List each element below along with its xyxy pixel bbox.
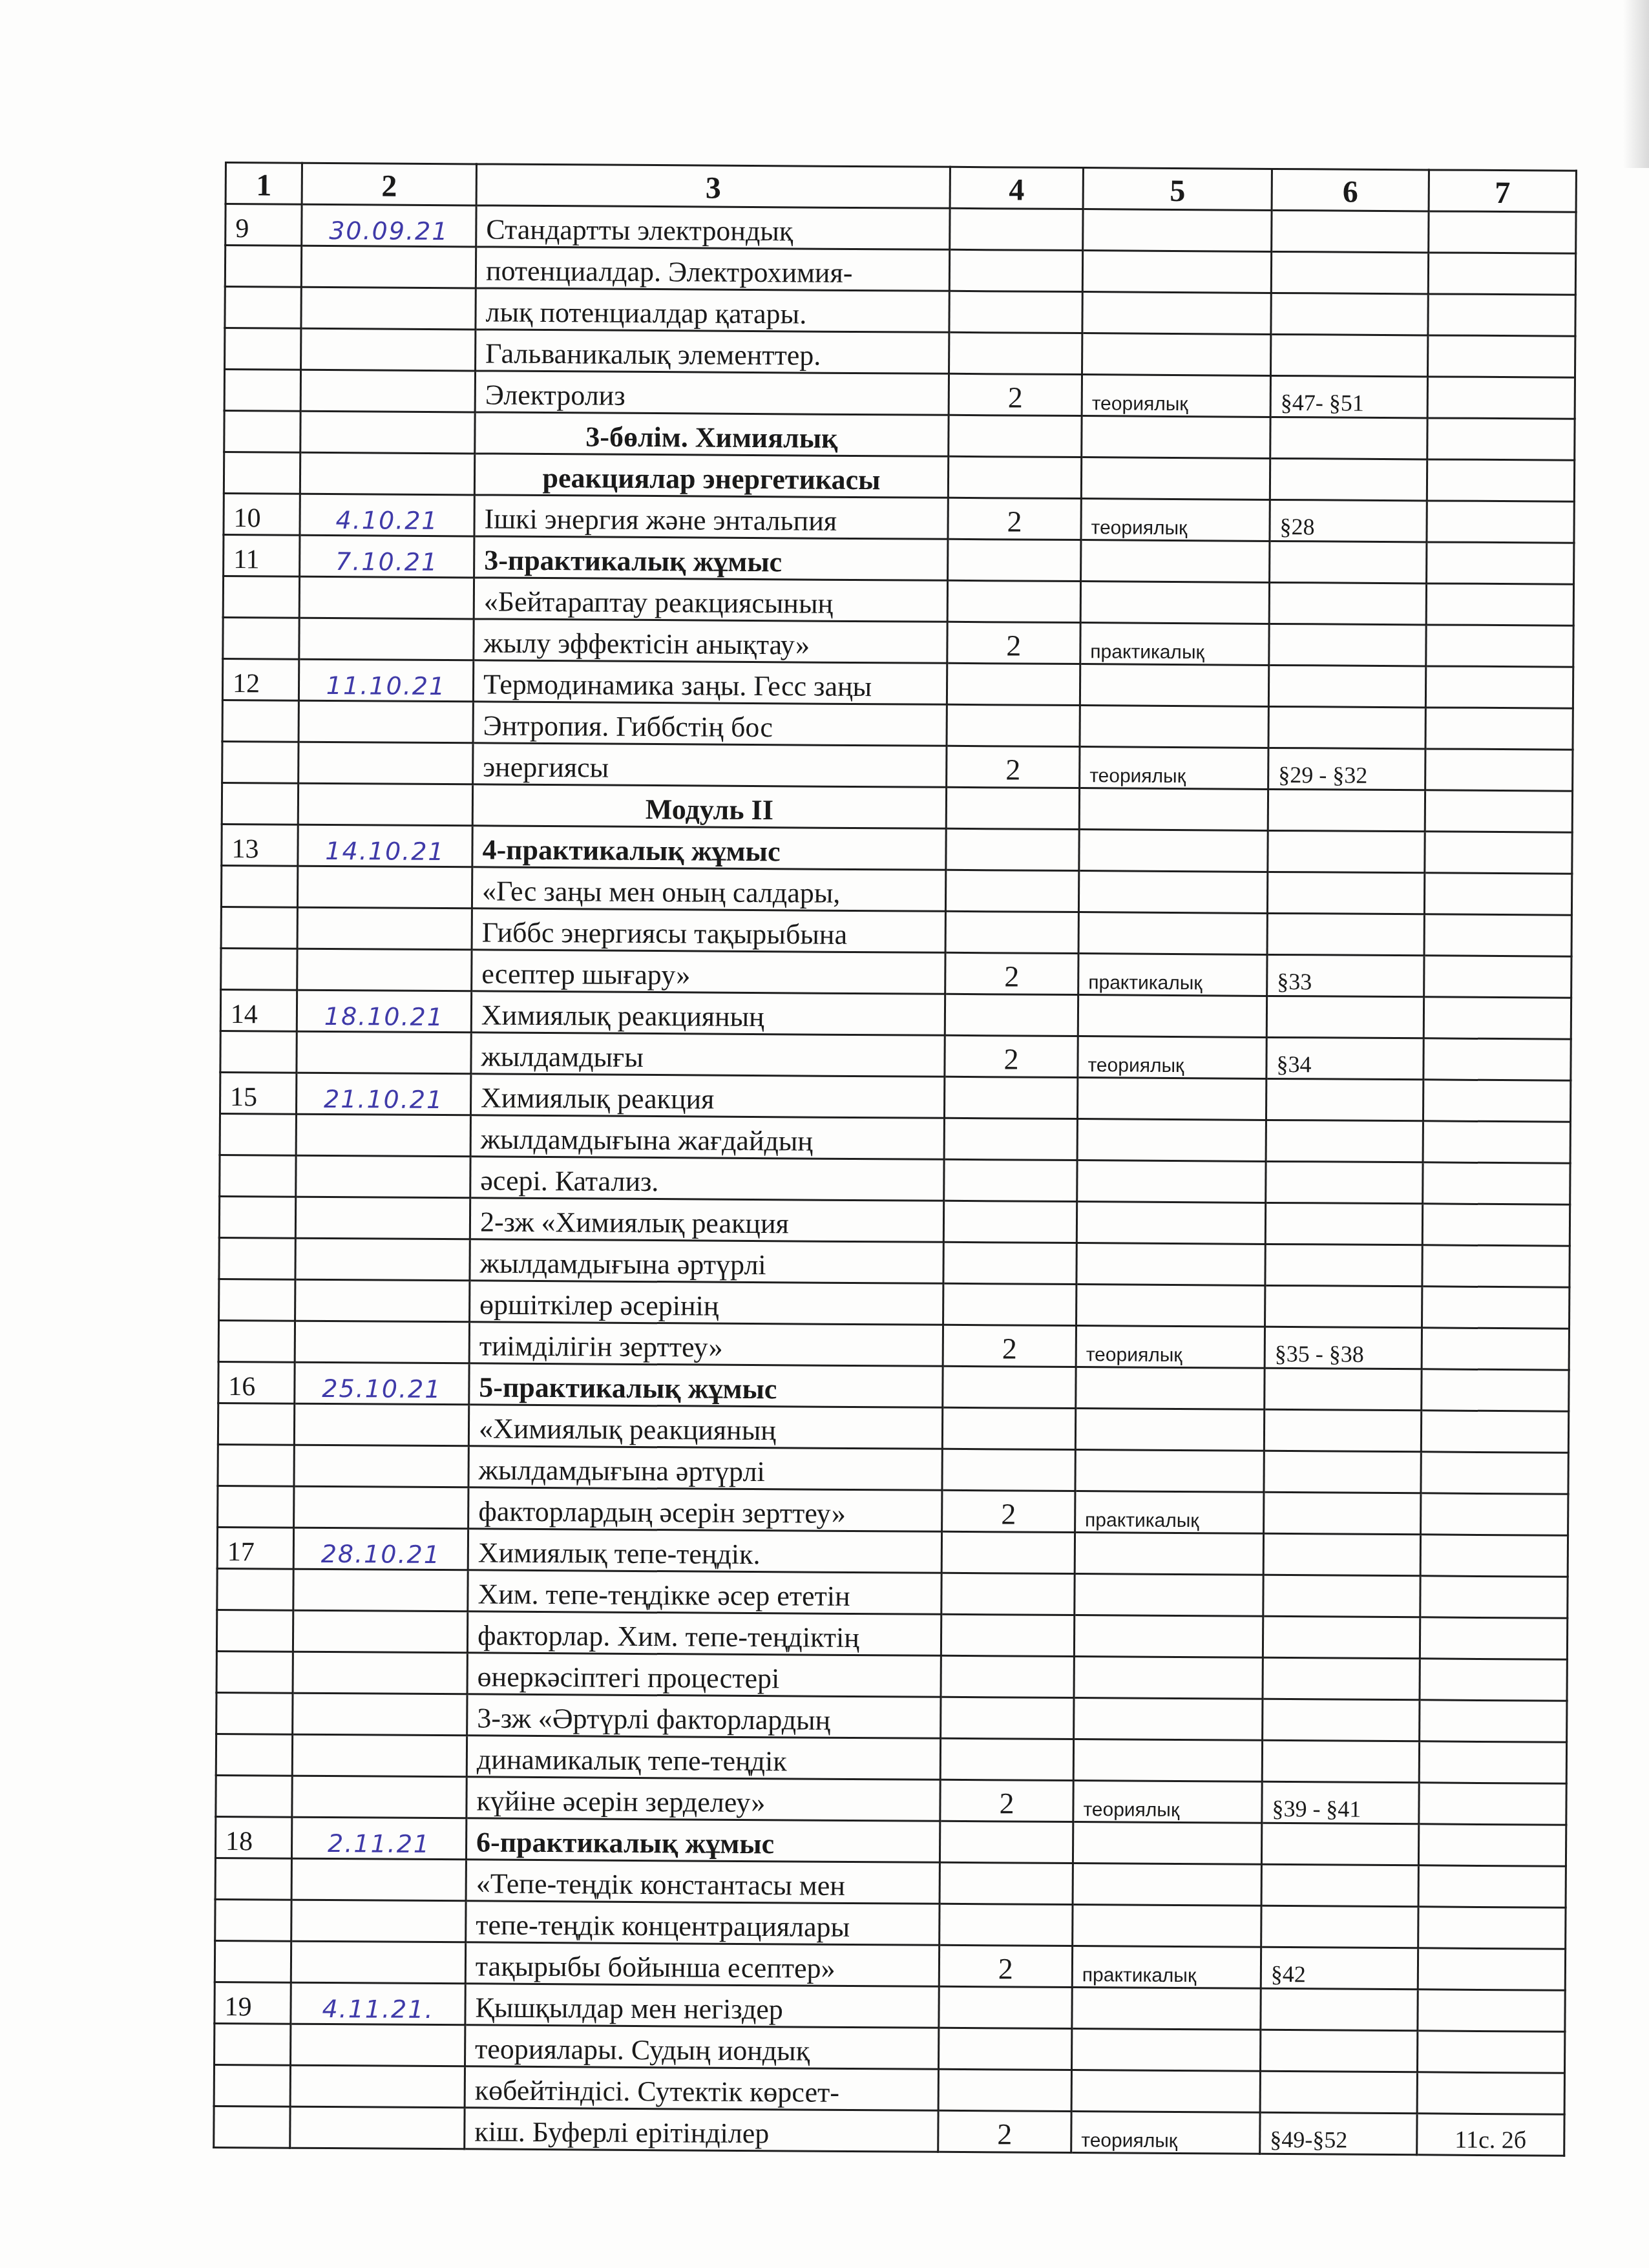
- lesson-topic-cell: «Химиялық реакцияның: [468, 1405, 942, 1449]
- lesson-hours-cell: 2: [948, 498, 1081, 540]
- lesson-note-cell: [1417, 2031, 1564, 2073]
- lesson-reference-cell: [1265, 1244, 1422, 1286]
- lesson-hours-cell: [941, 1531, 1075, 1573]
- lesson-number-cell: [218, 1403, 294, 1445]
- lesson-note-cell: [1423, 1162, 1570, 1204]
- lesson-topic-cell: жылу эффектісін анықтау»: [474, 619, 947, 663]
- lesson-note-cell: [1428, 253, 1575, 295]
- lesson-hours-cell: [941, 1573, 1075, 1615]
- lesson-note-cell: [1420, 1576, 1568, 1618]
- lesson-number-cell: [224, 411, 300, 453]
- lesson-date-cell: 14.10.21: [298, 824, 472, 867]
- lesson-number-cell: 10: [224, 493, 300, 535]
- lesson-reference-cell: [1263, 1616, 1420, 1658]
- lesson-note-cell: [1422, 1286, 1570, 1328]
- lesson-number-cell: [215, 1899, 291, 1941]
- lesson-date-cell: [297, 949, 472, 991]
- lesson-date-cell: [296, 1114, 470, 1157]
- lesson-date-cell: 21.10.21: [296, 1073, 470, 1115]
- lesson-date-cell: [290, 2106, 465, 2149]
- lesson-date-cell: [291, 1941, 465, 1984]
- column-header-date: 2: [302, 163, 476, 205]
- lesson-type-cell: теориялық: [1073, 1781, 1262, 1823]
- lesson-note-cell: [1429, 211, 1576, 253]
- lesson-date-cell: [291, 2024, 465, 2066]
- lesson-reference-cell: [1266, 1078, 1423, 1120]
- lesson-note-cell: [1422, 1328, 1569, 1370]
- lesson-type-cell: [1077, 1285, 1265, 1327]
- lesson-number-cell: [225, 246, 301, 288]
- lesson-number-cell: [224, 452, 300, 494]
- lesson-type-cell: [1071, 2029, 1260, 2072]
- lesson-number-cell: [216, 1692, 293, 1734]
- lesson-topic-cell: динамикалық тепе-теңдік: [467, 1736, 940, 1780]
- lesson-hours-cell: [938, 2028, 1071, 2070]
- lesson-topic-cell: Ішкі энергия және энтальпия: [474, 495, 948, 539]
- lesson-topic-cell: есептер шығару»: [472, 950, 945, 994]
- lesson-date-cell: [293, 1693, 467, 1736]
- lesson-reference-cell: [1261, 1906, 1418, 1948]
- lesson-number-cell: 14: [220, 989, 297, 1031]
- lesson-note-cell: [1427, 418, 1575, 460]
- lesson-reference-cell: §35 - §38: [1265, 1327, 1422, 1369]
- lesson-number-cell: [222, 782, 298, 824]
- lesson-reference-cell: [1264, 1409, 1421, 1451]
- lesson-number-cell: [219, 1279, 295, 1321]
- lesson-hours-cell: [941, 1655, 1074, 1697]
- lesson-type-cell: теориялық: [1076, 1326, 1265, 1369]
- lesson-number-cell: [220, 1155, 296, 1197]
- lesson-type-cell: [1082, 251, 1271, 293]
- lesson-reference-cell: [1261, 1823, 1418, 1865]
- lesson-date-cell: 7.10.21: [300, 535, 474, 578]
- lesson-type-cell: [1078, 995, 1266, 1038]
- lesson-note-cell: [1420, 1700, 1567, 1742]
- lesson-number-cell: 19: [215, 1982, 291, 2024]
- lesson-date-cell: [295, 1279, 470, 1322]
- lesson-date-cell: [296, 1155, 470, 1198]
- lesson-number-cell: [215, 1940, 291, 1982]
- lesson-type-cell: [1078, 912, 1267, 955]
- lesson-reference-cell: §28: [1270, 499, 1427, 541]
- lesson-note-cell: [1421, 1452, 1568, 1494]
- lesson-number-cell: [219, 1196, 295, 1238]
- lesson-topic-cell: күйіне әсерін зерделеу»: [467, 1777, 940, 1821]
- lesson-reference-cell: [1260, 2030, 1417, 2072]
- lesson-note-cell: [1428, 294, 1575, 336]
- lesson-hours-cell: [950, 208, 1083, 250]
- lesson-reference-cell: [1263, 1657, 1420, 1699]
- lesson-type-cell: [1074, 1657, 1263, 1699]
- lesson-topic-cell: 3-бөлім. Химиялық: [475, 412, 949, 456]
- lesson-reference-cell: [1270, 417, 1427, 459]
- lesson-type-cell: практикалық: [1072, 1946, 1261, 1989]
- lesson-hours-cell: [939, 1986, 1072, 2028]
- lesson-topic-cell: Химиялық реакцияның: [471, 991, 945, 1035]
- lesson-type-cell: [1077, 1160, 1266, 1203]
- lesson-type-cell: [1072, 1988, 1261, 2030]
- lesson-hours-cell: 2: [947, 622, 1080, 664]
- lesson-date-cell: [301, 287, 476, 330]
- lesson-reference-cell: [1267, 872, 1424, 914]
- lesson-type-cell: [1079, 830, 1268, 872]
- lesson-number-cell: [221, 907, 297, 949]
- lesson-type-cell: [1071, 2070, 1260, 2113]
- lesson-hours-cell: [949, 291, 1082, 333]
- lesson-date-cell: [299, 700, 473, 743]
- lesson-hours-cell: [940, 1862, 1073, 1904]
- lesson-hours-cell: [944, 1159, 1077, 1201]
- lesson-reference-cell: §34: [1266, 1037, 1423, 1079]
- lesson-hours-cell: [941, 1614, 1074, 1656]
- lesson-date-cell: [291, 1858, 466, 1901]
- lesson-type-cell: [1083, 209, 1272, 252]
- lesson-number-cell: [218, 1320, 295, 1362]
- lesson-topic-cell: энергиясы: [473, 743, 947, 787]
- lesson-hours-cell: [949, 415, 1082, 457]
- lesson-reference-cell: [1271, 293, 1428, 335]
- lesson-type-cell: [1081, 457, 1270, 500]
- lesson-date-cell: 11.10.21: [299, 659, 473, 702]
- lesson-reference-cell: [1268, 706, 1425, 748]
- lesson-date-cell: [297, 1031, 471, 1074]
- lesson-hours-cell: 2: [943, 1325, 1076, 1367]
- lesson-reference-cell: [1272, 210, 1429, 252]
- lesson-type-cell: [1077, 1119, 1266, 1162]
- lesson-plan-sheet: 1 2 3 4 5 6 7 930.09.21Стандартты электр…: [213, 162, 1575, 2157]
- lesson-hours-cell: [946, 787, 1079, 829]
- lesson-note-cell: [1427, 501, 1574, 543]
- lesson-topic-cell: 5-практикалық жұмыс: [469, 1363, 943, 1407]
- lesson-number-cell: [222, 700, 299, 742]
- lesson-topic-cell: факторлардың әсерін зерттеу»: [468, 1487, 942, 1531]
- lesson-number-cell: 16: [218, 1361, 295, 1403]
- lesson-note-cell: [1418, 1865, 1566, 1907]
- lesson-note-cell: [1425, 790, 1572, 832]
- lesson-topic-cell: 6-практикалық жұмыс: [466, 1818, 940, 1862]
- lesson-topic-cell: лық потенциалдар қатары.: [476, 288, 949, 332]
- lesson-reference-cell: [1268, 830, 1425, 872]
- lesson-topic-cell: 3-зж «Әртүрлі факторлардың: [467, 1694, 941, 1738]
- lesson-date-cell: [297, 866, 472, 908]
- lesson-hours-cell: [947, 663, 1080, 705]
- lesson-number-cell: 13: [222, 824, 298, 866]
- lesson-plan-table: 1 2 3 4 5 6 7 930.09.21Стандартты электр…: [213, 162, 1577, 2157]
- lesson-note-cell: [1423, 1038, 1571, 1080]
- lesson-type-cell: теориялық: [1071, 2112, 1260, 2154]
- lesson-topic-cell: кіш. Буферлі ерітінділер: [465, 2108, 938, 2152]
- lesson-reference-cell: [1271, 334, 1428, 376]
- lesson-hours-cell: [940, 1904, 1073, 1946]
- lesson-topic-cell: Стандартты электрондық: [476, 205, 950, 249]
- column-header-reference: 6: [1272, 169, 1429, 211]
- lesson-topic-cell: «Бейтараптау реакциясының: [474, 578, 947, 622]
- lesson-type-cell: теориялық: [1078, 1036, 1266, 1079]
- lesson-topic-cell: тақырыбы бойынша есептер»: [465, 1942, 939, 1986]
- lesson-date-cell: 4.10.21: [300, 494, 474, 536]
- lesson-topic-cell: «Тепе-теңдік константасы мен: [466, 1860, 940, 1904]
- lesson-reference-cell: [1265, 1368, 1422, 1410]
- lesson-reference-cell: [1261, 1864, 1418, 1906]
- lesson-hours-cell: [949, 332, 1082, 374]
- lesson-number-cell: 9: [226, 204, 302, 246]
- lesson-date-cell: 4.11.21.: [291, 1982, 465, 2025]
- lesson-hours-cell: [944, 1118, 1077, 1160]
- lesson-number-cell: [216, 1734, 292, 1776]
- lesson-hours-cell: [942, 1449, 1075, 1491]
- lesson-topic-cell: Химиялық тепе-теңдік.: [468, 1529, 941, 1573]
- lesson-date-cell: 18.10.21: [297, 990, 471, 1033]
- lesson-note-cell: [1424, 873, 1571, 915]
- column-header-type: 5: [1083, 168, 1272, 211]
- lesson-topic-cell: Энтропия. Гиббстің бос: [473, 702, 947, 746]
- lesson-note-cell: [1423, 1121, 1570, 1163]
- lesson-note-cell: [1418, 1990, 1565, 2032]
- lesson-reference-cell: §39 - §41: [1262, 1781, 1419, 1823]
- lesson-topic-cell: 2-зж «Химиялық реакция: [470, 1198, 943, 1242]
- lesson-type-cell: практикалық: [1080, 623, 1269, 666]
- lesson-date-cell: [295, 1197, 470, 1239]
- lesson-topic-cell: жылдамдығына жағдайдың: [470, 1115, 944, 1159]
- lesson-type-cell: [1073, 1905, 1261, 1948]
- lesson-type-cell: [1075, 1533, 1263, 1575]
- lesson-type-cell: [1076, 1367, 1265, 1410]
- lesson-type-cell: [1077, 1243, 1265, 1286]
- lesson-hours-cell: [948, 539, 1081, 581]
- lesson-number-cell: 12: [222, 658, 299, 700]
- lesson-date-cell: [300, 452, 474, 495]
- lesson-note-cell: [1425, 666, 1573, 708]
- lesson-hours-cell: [947, 580, 1080, 622]
- lesson-number-cell: [223, 576, 299, 618]
- lesson-number-cell: 18: [215, 1816, 291, 1858]
- lesson-note-cell: [1425, 749, 1573, 791]
- lesson-topic-cell: 3-практикалық жұмыс: [474, 536, 948, 580]
- lesson-reference-cell: §42: [1261, 1947, 1418, 1989]
- lesson-reference-cell: [1271, 251, 1428, 293]
- lesson-hours-cell: [945, 870, 1078, 912]
- lesson-date-cell: [299, 618, 474, 660]
- lesson-type-cell: [1078, 871, 1267, 914]
- lesson-hours-cell: [947, 704, 1080, 746]
- lesson-date-cell: [295, 1321, 469, 1363]
- lesson-hours-cell: 2: [949, 373, 1082, 415]
- lesson-note-cell: [1417, 2072, 1564, 2114]
- lesson-number-cell: [215, 2023, 291, 2065]
- lesson-topic-cell: Модуль II: [472, 784, 946, 828]
- lesson-reference-cell: §29 - §32: [1268, 748, 1425, 790]
- lesson-note-cell: [1422, 1245, 1570, 1287]
- lesson-number-cell: [216, 1651, 293, 1693]
- lesson-type-cell: [1074, 1615, 1263, 1658]
- lesson-number-cell: 17: [217, 1527, 293, 1569]
- lesson-reference-cell: §47- §51: [1270, 375, 1427, 417]
- lesson-note-cell: [1420, 1535, 1568, 1577]
- lesson-number-cell: [216, 1775, 292, 1817]
- lesson-topic-cell: «Гес заңы мен оның салдары,: [472, 867, 945, 911]
- lesson-topic-cell: жылдамдығы: [471, 1033, 945, 1076]
- lesson-date-cell: [291, 1900, 466, 1942]
- lesson-hours-cell: [945, 911, 1078, 953]
- lesson-type-cell: теориялық: [1081, 499, 1270, 541]
- lesson-type-cell: практикалық: [1078, 954, 1267, 996]
- lesson-date-cell: [300, 411, 475, 454]
- lesson-hours-cell: [941, 1697, 1074, 1739]
- lesson-topic-cell: факторлар. Хим. тепе-теңдіктің: [467, 1612, 941, 1655]
- lesson-reference-cell: [1267, 913, 1424, 955]
- lesson-reference-cell: [1263, 1533, 1420, 1575]
- column-header-topic: 3: [476, 164, 950, 208]
- lesson-number-cell: [218, 1486, 294, 1528]
- lesson-hours-cell: [940, 1821, 1073, 1863]
- lesson-topic-cell: тепе-теңдік концентрациялары: [466, 1901, 940, 1945]
- lesson-topic-cell: Гиббс энергиясы тақырыбына: [472, 908, 945, 952]
- lesson-number-cell: [224, 370, 300, 412]
- lesson-reference-cell: [1270, 541, 1427, 583]
- lesson-type-cell: теориялық: [1080, 747, 1268, 790]
- lesson-reference-cell: [1266, 996, 1423, 1038]
- lesson-note-cell: [1422, 1204, 1570, 1246]
- lesson-topic-cell: әсері. Катализ.: [470, 1157, 944, 1201]
- lesson-reference-cell: [1264, 1492, 1421, 1534]
- lesson-type-cell: практикалық: [1075, 1491, 1264, 1534]
- lesson-note-cell: [1427, 459, 1574, 501]
- lesson-date-cell: 28.10.21: [293, 1528, 468, 1570]
- column-header-number: 1: [226, 163, 302, 205]
- lesson-hours-cell: 2: [945, 952, 1078, 994]
- lesson-topic-cell: Хим. тепе-теңдікке әсер ететін: [468, 1570, 941, 1614]
- lesson-date-cell: [301, 328, 476, 371]
- lesson-hours-cell: 2: [947, 746, 1080, 788]
- lesson-type-cell: теориялық: [1082, 375, 1270, 417]
- lesson-hours-cell: [945, 994, 1078, 1036]
- column-header-note: 7: [1429, 170, 1576, 212]
- lesson-type-cell: [1077, 1202, 1265, 1244]
- lesson-reference-cell: [1269, 582, 1426, 624]
- lesson-topic-cell: жылдамдығына әртүрлі: [468, 1446, 942, 1490]
- lesson-hours-cell: 2: [939, 1945, 1072, 1987]
- lesson-reference-cell: [1263, 1699, 1420, 1741]
- lesson-topic-cell: көбейтіндісі. Сутектік көрсет-: [465, 2066, 938, 2110]
- lesson-number-cell: [218, 1444, 294, 1486]
- lesson-hours-cell: [946, 828, 1079, 870]
- lesson-date-cell: 2.11.21: [291, 1817, 466, 1860]
- lesson-topic-cell: потенциалдар. Электрохимия-: [476, 247, 949, 291]
- lesson-date-cell: [300, 370, 475, 412]
- lesson-topic-cell: тиімділігін зерттеу»: [469, 1322, 943, 1366]
- lesson-date-cell: [297, 907, 472, 950]
- lesson-note-cell: [1420, 1617, 1567, 1659]
- lesson-date-cell: [298, 783, 472, 826]
- lesson-date-cell: [294, 1403, 468, 1446]
- lesson-date-cell: [293, 1610, 467, 1653]
- lesson-reference-cell: [1265, 1202, 1422, 1244]
- lesson-date-cell: [301, 246, 476, 288]
- lesson-note-cell: [1419, 1783, 1566, 1825]
- lesson-hours-cell: [940, 1738, 1073, 1780]
- lesson-number-cell: [223, 617, 299, 659]
- lesson-date-cell: [294, 1486, 468, 1529]
- lesson-type-cell: [1079, 788, 1268, 831]
- lesson-note-cell: [1427, 542, 1574, 584]
- lesson-type-cell: [1074, 1698, 1263, 1741]
- lesson-type-cell: [1080, 664, 1268, 707]
- lesson-date-cell: [293, 1569, 468, 1612]
- lesson-note-cell: [1426, 583, 1573, 625]
- lesson-reference-cell: [1263, 1575, 1420, 1617]
- column-header-hours: 4: [950, 167, 1083, 209]
- lesson-note-cell: 11с. 2б: [1417, 2114, 1564, 2156]
- lesson-hours-cell: [943, 1201, 1077, 1243]
- lesson-number-cell: [220, 1113, 296, 1155]
- lesson-reference-cell: [1264, 1451, 1421, 1493]
- lesson-topic-cell: Термодинамика заңы. Гесс заңы: [473, 660, 947, 704]
- table-body: 930.09.21Стандартты электрондықпотенциал…: [214, 204, 1576, 2156]
- lesson-number-cell: [217, 1568, 293, 1610]
- lesson-topic-cell: Қышқылдар мен негіздер: [465, 1984, 939, 2028]
- lesson-hours-cell: [948, 456, 1081, 498]
- lesson-number-cell: [214, 2106, 290, 2148]
- lesson-hours-cell: [944, 1076, 1077, 1118]
- lesson-reference-cell: §49-§52: [1260, 2112, 1417, 2154]
- lesson-note-cell: [1422, 1369, 1569, 1411]
- lesson-reference-cell: [1269, 624, 1426, 666]
- lesson-reference-cell: [1266, 1161, 1423, 1203]
- lesson-date-cell: [292, 1734, 467, 1777]
- lesson-note-cell: [1418, 1824, 1566, 1866]
- lesson-type-cell: [1075, 1574, 1263, 1617]
- lesson-hours-cell: [949, 249, 1082, 291]
- lesson-number-cell: 11: [224, 534, 300, 576]
- lesson-hours-cell: [943, 1242, 1077, 1284]
- lesson-number-cell: [220, 1031, 297, 1073]
- lesson-hours-cell: 2: [938, 2110, 1071, 2152]
- lesson-reference-cell: [1268, 665, 1425, 707]
- lesson-note-cell: [1427, 377, 1575, 419]
- lesson-type-cell: [1082, 416, 1270, 459]
- lesson-reference-cell: [1268, 789, 1425, 831]
- lesson-type-cell: [1082, 333, 1271, 376]
- lesson-number-cell: [216, 1610, 293, 1652]
- lesson-number-cell: 15: [220, 1072, 296, 1114]
- lesson-date-cell: 30.09.21: [302, 204, 476, 247]
- table-row: кіш. Буферлі ерітінділер2теориялық§49-§5…: [214, 2106, 1564, 2156]
- lesson-number-cell: [214, 2064, 290, 2106]
- lesson-reference-cell: [1265, 1285, 1422, 1327]
- lesson-note-cell: [1419, 1741, 1566, 1783]
- lesson-type-cell: [1073, 1739, 1262, 1782]
- lesson-date-cell: [293, 1652, 467, 1694]
- lesson-number-cell: [221, 865, 297, 907]
- lesson-topic-cell: 4-практикалық жұмыс: [472, 826, 946, 870]
- lesson-topic-cell: өнеркәсіптегі процестері: [467, 1653, 941, 1697]
- lesson-topic-cell: өршіткілер әсерінің: [470, 1281, 943, 1325]
- lesson-note-cell: [1425, 832, 1572, 874]
- lesson-number-cell: [225, 328, 301, 370]
- lesson-number-cell: [219, 1237, 295, 1279]
- lesson-note-cell: [1423, 997, 1571, 1039]
- lesson-hours-cell: [938, 2069, 1071, 2111]
- lesson-type-cell: [1077, 1078, 1266, 1120]
- lesson-date-cell: [299, 576, 474, 619]
- scan-edge-shadow: [1623, 0, 1649, 168]
- lesson-date-cell: [290, 2065, 465, 2108]
- lesson-number-cell: [225, 287, 301, 329]
- lesson-type-cell: [1082, 292, 1271, 335]
- lesson-topic-cell: Химиялық реакция: [470, 1074, 944, 1118]
- lesson-hours-cell: [943, 1283, 1077, 1325]
- lesson-note-cell: [1424, 956, 1571, 998]
